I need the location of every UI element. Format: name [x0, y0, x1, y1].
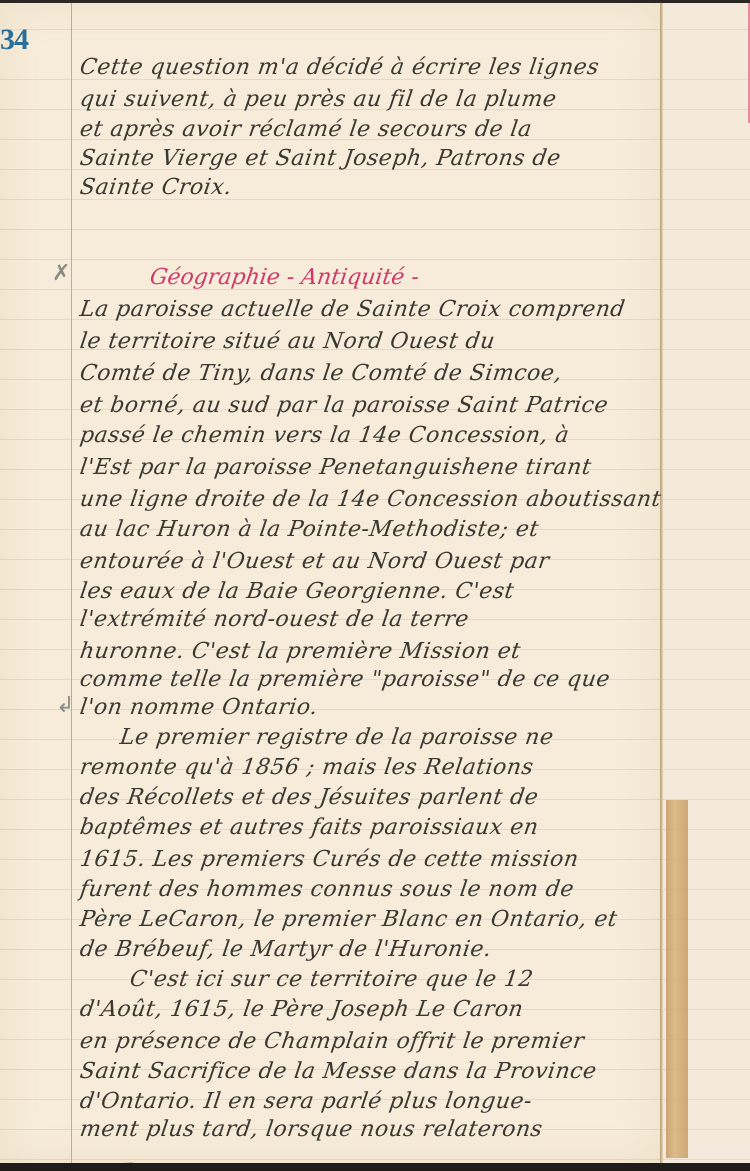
text-line: Père LeCaron, le premier Blanc en Ontari…	[78, 907, 619, 932]
text-line: remonte qu'à 1856 ; mais les Relations	[78, 755, 535, 780]
torn-bottom-edge	[0, 1161, 660, 1167]
text-line: Saint Sacrifice de la Messe dans la Prov…	[78, 1059, 598, 1084]
text-line: C'est ici sur ce territoire que le 12	[128, 967, 535, 992]
text-line: huronne. C'est la première Mission et	[78, 639, 522, 664]
page-fold	[660, 3, 663, 1163]
text-line: La paroisse actuelle de Sainte Croix com…	[78, 297, 627, 322]
text-line: 1615. Les premiers Curés de cette missio…	[78, 847, 580, 872]
section-heading: Géographie - Antiquité -	[148, 265, 420, 290]
text-line: le territoire situé au Nord Ouest du	[78, 329, 496, 354]
margin-cross-mark: ✗	[52, 261, 70, 286]
text-line: Sainte Vierge et Saint Joseph, Patrons d…	[78, 146, 562, 171]
text-line: Le premier registre de la paroisse ne	[118, 725, 555, 750]
text-line: des Récollets et des Jésuites parlent de	[78, 785, 540, 810]
text-line: qui suivent, à peu près au fil de la plu…	[78, 87, 558, 112]
text-line: l'extrémité nord-ouest de la terre	[78, 607, 470, 632]
text-line: de Brébeuf, le Martyr de l'Huronie.	[78, 937, 493, 962]
text-line: et borné, au sud par la paroisse Saint P…	[78, 393, 610, 418]
text-line: l'on nomme Ontario.	[78, 695, 319, 720]
text-line: une ligne droite de la 14e Concession ab…	[78, 487, 662, 512]
manuscript-page: 34 ✗ ↲ Cette question m'a décidé à écrir…	[0, 3, 660, 1163]
text-line: ment plus tard, lorsque nous relaterons	[78, 1117, 544, 1142]
text-line: l'Est par la paroisse Penetanguishene ti…	[78, 455, 593, 480]
margin-rule	[71, 3, 72, 1163]
text-line: d'Août, 1615, le Père Joseph Le Caron	[78, 997, 525, 1022]
text-line: furent des hommes connus sous le nom de	[78, 877, 575, 902]
text-line: entourée à l'Ouest et au Nord Ouest par	[78, 549, 551, 574]
text-line: comme telle la première "paroisse" de ce…	[78, 667, 612, 692]
text-line: les eaux de la Baie Georgienne. C'est	[78, 579, 516, 604]
text-line: Comté de Tiny, dans le Comté de Simcoe,	[78, 361, 563, 386]
binding-tape	[666, 800, 688, 1158]
text-line: passé le chemin vers la 14e Concession, …	[78, 423, 571, 448]
text-line: au lac Huron à la Pointe-Methodiste; et	[78, 517, 540, 542]
text-line: et après avoir réclamé le secours de la	[78, 117, 533, 142]
text-line: Cette question m'a décidé à écrire les l…	[78, 55, 600, 80]
margin-arrow-mark: ↲	[56, 693, 74, 718]
page-number: 34	[0, 23, 28, 57]
text-line: Sainte Croix.	[78, 175, 233, 200]
text-line: baptêmes et autres faits paroissiaux en	[78, 815, 540, 840]
text-line: d'Ontario. Il en sera parlé plus longue-	[78, 1089, 534, 1114]
text-line: en présence de Champlain offrit le premi…	[78, 1029, 586, 1054]
